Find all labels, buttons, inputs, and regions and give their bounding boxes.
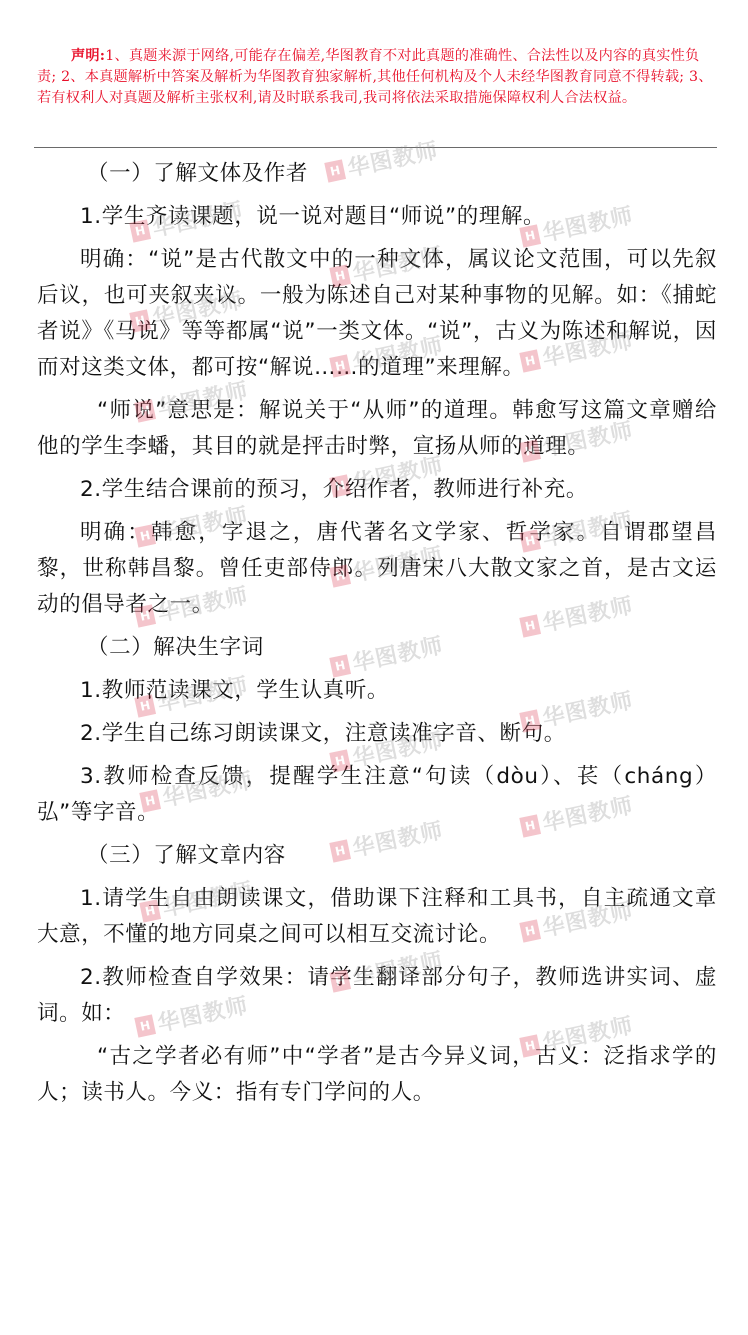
section-heading-2: （二）解决生字词 <box>37 630 717 666</box>
paragraph: 2.学生自己练习朗读课文，注意读准字音、断句。 <box>37 716 717 752</box>
paragraph: 明确：韩愈，字退之，唐代著名文学家、哲学家。自谓郡望昌黎，世称韩昌黎。曾任吏部侍… <box>37 515 717 623</box>
header-divider <box>34 147 717 148</box>
paragraph: 1.请学生自由朗读课文，借助课下注释和工具书，自主疏通文章大意，不懂的地方同桌之… <box>37 881 717 953</box>
paragraph: 1.教师范读课文，学生认真听。 <box>37 673 717 709</box>
disclaimer: 声明:1、真题来源于网络,可能存在偏差,华图教育不对此真题的准确性、合法性以及内… <box>37 46 715 109</box>
section-heading-1: （一）了解文体及作者 <box>37 156 717 192</box>
paragraph: “师说”意思是：解说关于“从师”的道理。韩愈写这篇文章赠给他的学生李蟠，其目的就… <box>37 393 717 465</box>
paragraph: 2.教师检查自学效果：请学生翻译部分句子，教师选讲实词、虚词。如： <box>37 960 717 1032</box>
paragraph: 明确：“说”是古代散文中的一种文体，属议论文范围，可以先叙后议，也可夹叙夹议。一… <box>37 242 717 386</box>
disclaimer-text: 1、真题来源于网络,可能存在偏差,华图教育不对此真题的准确性、合法性以及内容的真… <box>37 48 713 106</box>
paragraph: 1.学生齐读课题，说一说对题目“师说”的理解。 <box>37 199 717 235</box>
document-body: （一）了解文体及作者 1.学生齐读课题，说一说对题目“师说”的理解。 明确：“说… <box>37 156 717 1118</box>
paragraph: “古之学者必有师”中“学者”是古今异义词，古义：泛指求学的人；读书人。今义：指有… <box>37 1039 717 1111</box>
section-heading-3: （三）了解文章内容 <box>37 838 717 874</box>
paragraph: 2.学生结合课前的预习，介绍作者，教师进行补充。 <box>37 472 717 508</box>
disclaimer-lead: 声明: <box>71 48 105 64</box>
paragraph: 3.教师检查反馈，提醒学生注意“句读（dòu）、苌（cháng）弘”等字音。 <box>37 759 717 831</box>
